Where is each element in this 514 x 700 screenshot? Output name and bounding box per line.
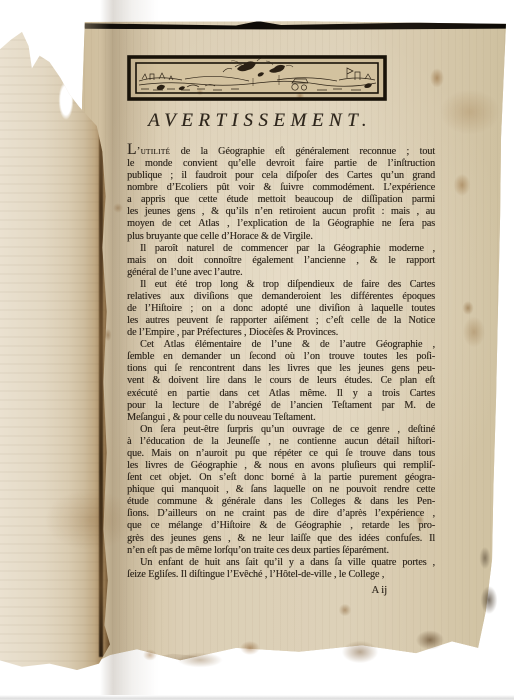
text-line: mais on doit connoître également l’ancie… <box>127 255 435 267</box>
text-line: de l’Empire , par Préfectures , Diocèſes… <box>127 327 435 339</box>
text-line: publique ; il faudroit pour cela diſpoſe… <box>127 170 435 182</box>
headpiece-engraving-icon <box>127 54 388 102</box>
text-line: L’utilité de la Géographie eſt généralem… <box>127 146 435 158</box>
text-line: Meſangui , & pour celle du nouveau Teſta… <box>127 412 435 424</box>
text-line: de l’Hiſtoire ; on a donc adopté une div… <box>127 303 435 315</box>
text-line: n’en eſt pas de même lorſqu’on traite ce… <box>127 545 435 557</box>
text-line: phique qui manquoit , & ſans laquelle on… <box>127 484 435 496</box>
text-line: moyen de cet Atlas , l’explication de la… <box>127 218 435 230</box>
text-line: ſeize Egliſes. Il diſtingue l’Evêché , l… <box>127 569 435 581</box>
text-line: général de l’une avec l’autre. <box>127 267 435 279</box>
text-line: On ſera peut-être ſurpris qu’un ouvrage … <box>127 424 435 436</box>
signature-mark: A ij <box>127 585 435 596</box>
text-line: le monde convient qu’elle devroit faire … <box>127 158 435 170</box>
text-line: que ce mélange d’Hiſtoire & de Géographi… <box>127 520 435 532</box>
text-line: ſent cet objet. On s’eſt donc borné à la… <box>127 472 435 484</box>
page-title: AVERTISSEMENT. <box>100 110 420 132</box>
text-line: les livres de Géographie , & nous en avo… <box>127 460 435 472</box>
text-line: ſions. D’ailleurs on ne craint pas de di… <box>127 508 435 520</box>
text-line: Il paroît naturel de commencer par la Gé… <box>127 243 435 255</box>
text-line: Cet Atlas élémentaire de l’une & de l’au… <box>127 339 435 351</box>
text-line: vent & doivent lire dans le cours de leu… <box>127 375 435 387</box>
body-text: L’utilité de la Géographie eſt généralem… <box>127 146 435 581</box>
text-line: que. Mais on n’auroit pu que répéter ce … <box>127 448 435 460</box>
text-line: Un enfant de huit ans ſait qu’il y a dan… <box>127 557 435 569</box>
text-line: tions qui ſe rencontrent dans les livres… <box>127 363 435 375</box>
text-line: à l’éducation de la Jeuneſſe , ne contie… <box>127 436 435 448</box>
text-line: exécuté en partie dans cet Atlas même. I… <box>127 388 435 400</box>
text-line: nombre d’Ecoliers pût voir & ſuivre comm… <box>127 182 435 194</box>
text-line: les jeunes gens , & qu’ils n’en retiroie… <box>127 206 435 218</box>
text-line: étude commune & générale dans les Colleg… <box>127 496 435 508</box>
engraved-headpiece <box>127 54 388 102</box>
book-photo-scene: AVERTISSEMENT. L’utilité de la Géographi… <box>0 0 514 700</box>
drop-cap-initial: L <box>127 141 137 158</box>
text-line: plus bruyante que celle d’Horace & de Vi… <box>127 231 435 243</box>
text-line: a appris que cette étude mettoit beaucou… <box>127 194 435 206</box>
text-line: pour la lecture de l’abrégé de l’ancien … <box>127 400 435 412</box>
bottom-shadow <box>0 695 514 700</box>
text-line: relatives aux diviſions que demanderoien… <box>127 291 435 303</box>
text-line: grès des jeunes gens , & ne leur laiſſe … <box>127 533 435 545</box>
text-line: ſemble en demander un ſecond où l’on tro… <box>127 351 435 363</box>
small-caps-word: ’utilité <box>137 146 170 157</box>
text-line: Il eut été trop long & trop diſpendieux … <box>127 279 435 291</box>
text-line: les autres peuvent ſe rapporter aiſément… <box>127 315 435 327</box>
torn-page-stub <box>0 30 110 670</box>
